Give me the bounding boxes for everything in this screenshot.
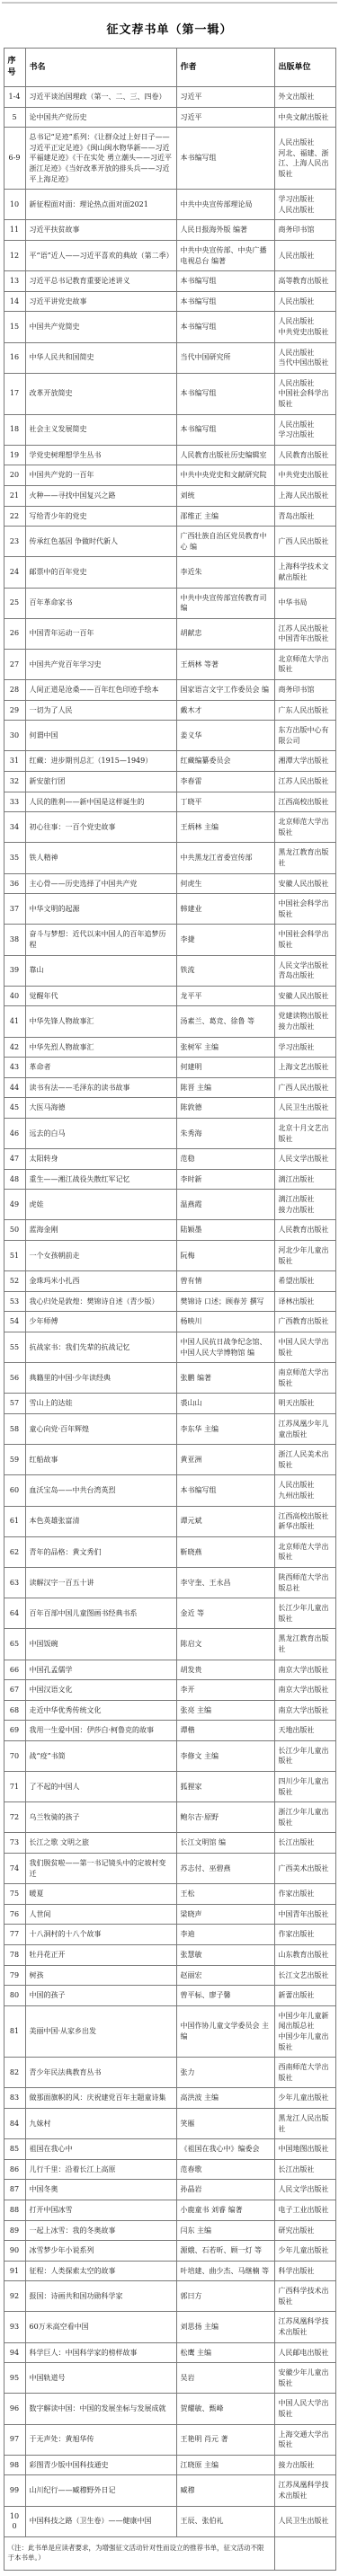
book-title-cell: 征程：人类探索太空的故事 bbox=[25, 2261, 176, 2281]
table-row: 9360万米高空看中国刘思扬 主编江苏凤凰科学技术出版社 bbox=[4, 2312, 335, 2342]
book-title-cell: 长江之歌 文明之旅 bbox=[25, 1833, 176, 1854]
author-cell: 江晓原 主编 bbox=[176, 2455, 274, 2475]
publisher-cell: 上海人民出版社 bbox=[274, 485, 335, 506]
author-cell: 李春雷 bbox=[176, 772, 274, 792]
author-cell: 王松 bbox=[176, 1884, 274, 1905]
table-row: 99山川纪行——臧穆野外日记臧穆江苏凤凰科学技术出版社 bbox=[4, 2475, 335, 2506]
author-cell: 范稳 bbox=[176, 1149, 274, 1170]
table-row: 28人间正道是沧桑——百年红色印迹手绘本国家语言文字工作委员会 编商务印书馆 bbox=[4, 680, 335, 701]
author-cell: 张慧敏 bbox=[176, 1945, 274, 1966]
table-row: 13习近平总书记教育重要论述讲义本书编写组高等教育出版社 bbox=[4, 271, 335, 292]
publisher-cell: 科学出版社 bbox=[274, 2261, 335, 2281]
book-title-cell: 人民的胜利——新中国是这样诞生的 bbox=[25, 792, 176, 812]
author-cell: 曾平标、廖子馨 bbox=[176, 1986, 274, 2006]
book-title-cell: 金珠玛米小扎西 bbox=[25, 1271, 176, 1292]
book-title-cell: 初心往事：一百个党史故事 bbox=[25, 812, 176, 843]
author-cell: 靳晓燕 bbox=[176, 1536, 274, 1567]
serial-cell: 84 bbox=[4, 2108, 25, 2138]
serial-cell: 80 bbox=[4, 1986, 25, 2006]
author-cell: 《祖国在我心中》编委会 bbox=[176, 2139, 274, 2160]
table-row: 42中华先烈人物故事汇张树军 主编学习出版社 bbox=[4, 1037, 335, 1058]
book-title-cell: 做那面旗帜的风：庆祝建党百年主题童诗集 bbox=[25, 2088, 176, 2109]
publisher-cell: 广西人民出版社 bbox=[274, 527, 335, 557]
author-cell: 阮梅 bbox=[176, 1241, 274, 1271]
publisher-cell: 江苏凤凰科学技术出版社 bbox=[274, 2475, 335, 2506]
table-row: 55抗战家书：我们先辈的抗战记忆中国人民抗日战争纪念馆、中国人民大学博物馆 编中… bbox=[4, 1332, 335, 1363]
serial-cell: 55 bbox=[4, 1332, 25, 1363]
book-title-cell: 蓝海金刚 bbox=[25, 1220, 176, 1241]
serial-cell: 5 bbox=[4, 107, 25, 128]
table-row: 25百年革命家书中共中央宣传部宣传教育司 编中华书局 bbox=[4, 588, 335, 618]
publisher-cell: 黑龙江教育出版社 bbox=[274, 843, 335, 873]
serial-cell: 65 bbox=[4, 1629, 25, 1660]
publisher-cell: 北京十月文艺出版社 bbox=[274, 1118, 335, 1148]
author-cell: 李修文 主编 bbox=[176, 1740, 274, 1771]
book-title-cell: 读书有法——毛泽东的读书故事 bbox=[25, 1077, 176, 1098]
serial-cell: 35 bbox=[4, 843, 25, 873]
serial-cell: 64 bbox=[4, 1598, 25, 1629]
serial-cell: 28 bbox=[4, 680, 25, 701]
book-title-cell: 一切为了人民 bbox=[25, 700, 176, 721]
book-title-cell: 何谓中国 bbox=[25, 721, 176, 751]
table-row: 77十八洞村的十八个故事李迪作家出版社 bbox=[4, 1925, 335, 1945]
serial-cell: 47 bbox=[4, 1149, 25, 1170]
author-cell: 李捷 bbox=[176, 925, 274, 955]
author-cell: 源娥、石若昕、顾一灯 等 bbox=[176, 2241, 274, 2262]
table-row: 43革命者何建明上海文艺出版社 bbox=[4, 1058, 335, 1078]
table-row: 54少年师傅杨映川广西教育出版社 bbox=[4, 1312, 335, 1332]
publisher-cell: 中国人民大学出版社 bbox=[274, 2394, 335, 2424]
table-row: 68走近中华优秀传统文化张亮 主编南京大学出版社 bbox=[4, 1700, 335, 1721]
book-title-cell: 中国冬奥 bbox=[25, 2180, 176, 2200]
serial-cell: 75 bbox=[4, 1884, 25, 1905]
author-cell: 邵维正 主编 bbox=[176, 506, 274, 527]
publisher-cell: 外文出版社 bbox=[274, 87, 335, 108]
publisher-cell: 安徽人民出版社 bbox=[274, 873, 335, 894]
author-cell: 郭曰方 bbox=[176, 2281, 274, 2312]
serial-cell: 18 bbox=[4, 414, 25, 445]
serial-cell: 36 bbox=[4, 873, 25, 894]
serial-cell: 72 bbox=[4, 1802, 25, 1833]
serial-cell: 48 bbox=[4, 1169, 25, 1190]
serial-cell: 32 bbox=[4, 772, 25, 792]
serial-cell: 60 bbox=[4, 1475, 25, 1506]
book-title-cell: 60万米高空看中国 bbox=[25, 2312, 176, 2342]
serial-cell: 15 bbox=[4, 312, 25, 342]
book-title-cell: 典籍里的中国·少年读经典 bbox=[25, 1363, 176, 1394]
author-cell: 王炳林 主编 bbox=[176, 812, 274, 843]
author-cell: 裘山山 bbox=[176, 1394, 274, 1414]
publisher-cell: 人民出版社 中国社会科学出版社 bbox=[274, 373, 335, 414]
serial-cell: 86 bbox=[4, 2159, 25, 2180]
author-cell: 孙晶岩 bbox=[176, 2180, 274, 2200]
serial-cell: 19 bbox=[4, 445, 25, 465]
serial-cell: 10 bbox=[4, 190, 25, 220]
publisher-cell: 学习出版社 人民出版社 bbox=[274, 190, 335, 220]
book-title-cell: 彩图青少版中国科技通史 bbox=[25, 2455, 176, 2475]
table-row: 56典籍里的中国·少年读经典张鹏 编著南京师范大学出版社 bbox=[4, 1363, 335, 1394]
publisher-cell: 希望出版社 bbox=[274, 1271, 335, 1292]
header-row: 序号 书名 作者 出版单位 bbox=[4, 49, 335, 87]
serial-cell: 27 bbox=[4, 649, 25, 679]
book-title-cell: 一起上冰雪：我的冬奥故事 bbox=[25, 2220, 176, 2241]
table-row: 61本色英雄张富清谭元斌江西高校出版社 新华出版社 bbox=[4, 1506, 335, 1536]
publisher-cell: 中国人民大学出版社 bbox=[274, 1332, 335, 1363]
table-row: 60血沃宝岛——中共台湾英烈本书编写组人民出版社 九州出版社 bbox=[4, 1475, 335, 1506]
serial-cell: 63 bbox=[4, 1567, 25, 1598]
serial-cell: 11 bbox=[4, 220, 25, 241]
table-row: 72乌兰牧骑的孩子鲍尔吉·原野浙江少年儿童出版社 bbox=[4, 1802, 335, 1833]
author-cell: 本书编写组 bbox=[176, 414, 274, 445]
book-title-cell: 血沃宝岛——中共台湾英烈 bbox=[25, 1475, 176, 1506]
book-title-cell: 中华人民共和国简史 bbox=[25, 342, 176, 373]
book-title-cell: 革命者 bbox=[25, 1058, 176, 1078]
publisher-cell: 学习出版社 bbox=[274, 1037, 335, 1058]
author-cell: 李近朱 bbox=[176, 557, 274, 588]
author-cell: 贺耀敏、甄峰 bbox=[176, 2394, 274, 2424]
table-row: 34初心往事：一百个党史故事王炳林 主编北京师范大学出版社 bbox=[4, 812, 335, 843]
book-title-cell: 邮票中的百年党史 bbox=[25, 557, 176, 588]
book-title-cell: 我们脱贫啦——第一书记镜头中的定坡村变迁 bbox=[25, 1854, 176, 1884]
book-title-cell: 新安旅行团 bbox=[25, 772, 176, 792]
book-title-cell: 新征程面对面：理论热点面对面2021 bbox=[25, 190, 176, 220]
book-title-cell: 社会主义发展简史 bbox=[25, 414, 176, 445]
serial-cell: 91 bbox=[4, 2261, 25, 2281]
table-row: 14习近平讲党史故事本书编写组人民出版社 bbox=[4, 291, 335, 312]
publisher-cell: 人民文学出版社 bbox=[274, 1149, 335, 1170]
publisher-cell: 人民教育出版社 bbox=[274, 445, 335, 465]
publisher-cell: 中国青年出版社 bbox=[274, 1904, 335, 1925]
author-cell: 习近平 bbox=[176, 87, 274, 108]
serial-cell: 66 bbox=[4, 1660, 25, 1680]
publisher-cell: 明天出版社 bbox=[274, 1394, 335, 1414]
author-cell: 姜义华 bbox=[176, 721, 274, 751]
publisher-cell: 中国少年儿童新闻出版总社 中国少年儿童出版社 bbox=[274, 2005, 335, 2057]
serial-cell: 23 bbox=[4, 527, 25, 557]
author-cell: 黄亚洲 bbox=[176, 1445, 274, 1475]
book-title-cell: 冰雪梦少年小说系列 bbox=[25, 2241, 176, 2262]
publisher-cell: 新蕾出版社 bbox=[274, 1986, 335, 2006]
author-cell: 中国作协儿童文学委员会 主编 bbox=[176, 2005, 274, 2057]
publisher-cell: 黑龙江人民出版社 bbox=[274, 2108, 335, 2138]
serial-cell: 50 bbox=[4, 1220, 25, 1241]
book-title-cell: 红船故事 bbox=[25, 1445, 176, 1475]
serial-cell: 37 bbox=[4, 894, 25, 925]
table-row: 94科学巨人：中国科学家的榜样故事松鹰 主编人民邮电出版社 bbox=[4, 2342, 335, 2363]
table-row: 75暖夏王松作家出版社 bbox=[4, 1884, 335, 1905]
publisher-cell: 广东人民出版社 bbox=[274, 700, 335, 721]
serial-cell: 87 bbox=[4, 2180, 25, 2200]
author-cell: 鲍尔吉·原野 bbox=[176, 1802, 274, 1833]
publisher-cell: 人民卫生出版社 bbox=[274, 2506, 335, 2536]
book-title-cell: 牡丹花正开 bbox=[25, 1945, 176, 1966]
serial-cell: 1-4 bbox=[4, 87, 25, 108]
book-title-cell: 十八洞村的十八个故事 bbox=[25, 1925, 176, 1945]
serial-cell: 83 bbox=[4, 2088, 25, 2109]
book-title-cell: 报国：诗画共和国功勋科学家 bbox=[25, 2281, 176, 2312]
serial-cell: 97 bbox=[4, 2424, 25, 2455]
serial-cell: 46 bbox=[4, 1118, 25, 1148]
author-cell: 谭元斌 bbox=[176, 1506, 274, 1536]
serial-cell: 14 bbox=[4, 291, 25, 312]
publisher-cell: 湘潭大学出版社 bbox=[274, 751, 335, 772]
publisher-cell: 漓江出版社 bbox=[274, 1169, 335, 1190]
publisher-cell: 四川少年儿童出版社 bbox=[274, 1772, 335, 1802]
author-cell: 中共中央宣传部理论局 bbox=[176, 190, 274, 220]
book-title-cell: 于无声处：黄旭华传 bbox=[25, 2424, 176, 2455]
serial-cell: 24 bbox=[4, 557, 25, 588]
publisher-cell: 江苏凤凰科学技术出版社 bbox=[274, 2312, 335, 2342]
serial-cell: 78 bbox=[4, 1945, 25, 1966]
table-row: 36主心骨——历史选择了中国共产党何虎生安徽人民出版社 bbox=[4, 873, 335, 894]
publisher-cell: 广西人民出版社 bbox=[274, 1077, 335, 1098]
book-title-cell: 学党史树理想学生丛书 bbox=[25, 445, 176, 465]
serial-cell: 43 bbox=[4, 1058, 25, 1078]
table-row: 35铁人精神中共黑龙江省委宣传部黑龙江教育出版社 bbox=[4, 843, 335, 873]
publisher-cell: 作家出版社 bbox=[274, 1925, 335, 1945]
book-title-cell: 中国孔孟儒学 bbox=[25, 1660, 176, 1680]
book-title-cell: 大医马海德 bbox=[25, 1098, 176, 1119]
table-row: 65中国饭碗陈启文黑龙江教育出版社 bbox=[4, 1629, 335, 1660]
author-cell: 李守奎、王永昌 bbox=[176, 1567, 274, 1598]
publisher-cell: 中共党史出版社 bbox=[274, 465, 335, 486]
author-cell: 谭楷 bbox=[176, 1721, 274, 1741]
table-row: 5论中国共产党历史习近平中央文献出版社 bbox=[4, 107, 335, 128]
book-title-cell: 打开中国冰雪 bbox=[25, 2200, 176, 2220]
author-cell: 国家语言文字工作委员会 编 bbox=[176, 680, 274, 701]
serial-cell: 61 bbox=[4, 1506, 25, 1536]
serial-cell: 49 bbox=[4, 1190, 25, 1220]
table-row: 38奋斗与梦想：近代以来中国人的百年追梦历程李捷中国社会科学出版社 bbox=[4, 925, 335, 955]
serial-cell: 25 bbox=[4, 588, 25, 618]
table-row: 78牡丹花正开张慧敏山东教育出版社 bbox=[4, 1945, 335, 1966]
serial-cell: 69 bbox=[4, 1721, 25, 1741]
serial-cell: 89 bbox=[4, 2220, 25, 2241]
author-cell: 张力 bbox=[176, 2058, 274, 2088]
publisher-cell: 少年儿童出版社 bbox=[274, 2088, 335, 2109]
publisher-cell: 长江少年儿童出版社 bbox=[274, 1598, 335, 1629]
author-cell: 吴岩 bbox=[176, 2363, 274, 2394]
table-row: 19学党史树理想学生丛书人民教育出版社历史编辑室人民教育出版社 bbox=[4, 445, 335, 465]
book-title-cell: 祖国在我心中 bbox=[25, 2139, 176, 2160]
author-cell: 樊锦诗 口述；顾春芳 撰写 bbox=[176, 1291, 274, 1312]
header-publisher: 出版单位 bbox=[274, 49, 335, 87]
serial-cell: 99 bbox=[4, 2475, 25, 2506]
publisher-cell: 江苏人民出版社 中国青年出版社 bbox=[274, 618, 335, 649]
publisher-cell: 人民出版社 bbox=[274, 291, 335, 312]
serial-cell: 79 bbox=[4, 1965, 25, 1986]
book-title-cell: 远去的白马 bbox=[25, 1118, 176, 1148]
book-title-cell: 习近平扶贫故事 bbox=[25, 220, 176, 241]
serial-cell: 82 bbox=[4, 2058, 25, 2088]
book-title-cell: 科学巨人：中国科学家的榜样故事 bbox=[25, 2342, 176, 2363]
publisher-cell: 商务印书馆 bbox=[274, 680, 335, 701]
serial-cell: 96 bbox=[4, 2394, 25, 2424]
book-title-cell: 主心骨——历史选择了中国共产党 bbox=[25, 873, 176, 894]
book-title-cell: 习近平讲党史故事 bbox=[25, 291, 176, 312]
book-title-cell: 火种——寻找中国复兴之路 bbox=[25, 485, 176, 506]
page-title: 征文荐书单（第一辑） bbox=[0, 7, 339, 48]
publisher-cell: 上海科学技术文献出版社 bbox=[274, 557, 335, 588]
serial-cell: 33 bbox=[4, 792, 25, 812]
serial-cell: 26 bbox=[4, 618, 25, 649]
author-cell: 赵丽宏 bbox=[176, 1965, 274, 1986]
author-cell: 何虎生 bbox=[176, 873, 274, 894]
serial-cell: 29 bbox=[4, 700, 25, 721]
author-cell: 松鹰 主编 bbox=[176, 2342, 274, 2363]
publisher-cell: 江西高校出版社 bbox=[274, 792, 335, 812]
author-cell: 闫东 主编 bbox=[176, 2220, 274, 2241]
book-title-cell: 暖夏 bbox=[25, 1884, 176, 1905]
table-row: 96数字解读中国：中国的发展坐标与发展成就贺耀敏、甄峰中国人民大学出版社 bbox=[4, 2394, 335, 2424]
author-cell: 中共中央宣传部、中央广播电视总台 编著 bbox=[176, 241, 274, 271]
book-title-cell: 一个女孩朝前走 bbox=[25, 1241, 176, 1271]
book-title-cell: 战“疫”书简 bbox=[25, 1740, 176, 1771]
book-title-cell: 人世间 bbox=[25, 1904, 176, 1925]
table-row: 64百年百部中国儿童图画书经典书系金近 等长江少年儿童出版社 bbox=[4, 1598, 335, 1629]
book-title-cell: 少年师傅 bbox=[25, 1312, 176, 1332]
table-row: 40觉醒年代龙平平安徽人民出版社 bbox=[4, 986, 335, 1006]
note-text: （注：此书单是应读者要求，为增强征文活动针对性而设立的推荐书单，征文活动不限于本… bbox=[4, 2536, 274, 2570]
table-row: 18社会主义发展简史本书编写组人民出版社 学习出版社 bbox=[4, 414, 335, 445]
publisher-cell: 长江出版社 bbox=[274, 2159, 335, 2180]
publisher-cell: 广西美术出版社 bbox=[274, 1854, 335, 1884]
publisher-cell: 人民文学出版社 bbox=[274, 2180, 335, 2200]
publisher-cell: 陕西师范大学出版总社 bbox=[274, 1567, 335, 1598]
table-row: 63读解汉字一百五十讲李守奎、王永昌陕西师范大学出版总社 bbox=[4, 1567, 335, 1598]
book-title-cell: 读解汉字一百五十讲 bbox=[25, 1567, 176, 1598]
table-row: 74我们脱贫啦——第一书记镜头中的定坡村变迁苏志付、巫碧燕广西美术出版社 bbox=[4, 1854, 335, 1884]
table-row: 46远去的白马朱秀海北京十月文艺出版社 bbox=[4, 1118, 335, 1148]
book-title-cell: 童心向党·百年辉煌 bbox=[25, 1414, 176, 1445]
table-row: 59红船故事黄亚洲浙江人民美术出版社 bbox=[4, 1445, 335, 1475]
serial-cell: 90 bbox=[4, 2241, 25, 2262]
publisher-cell: 漓江出版社 接力出版社 bbox=[274, 1190, 335, 1220]
author-cell: 本书编写组 bbox=[176, 312, 274, 342]
table-row: 81美丽中国·从家乡出发中国作协儿童文学委员会 主编中国少年儿童新闻出版总社 中… bbox=[4, 2005, 335, 2057]
publisher-cell: 人民教育出版社 bbox=[274, 1220, 335, 1241]
book-title-cell: 九妹村 bbox=[25, 2108, 176, 2138]
serial-cell: 67 bbox=[4, 1680, 25, 1701]
table-row: 24邮票中的百年党史李近朱上海科学技术文献出版社 bbox=[4, 557, 335, 588]
author-cell: 本书编写组 bbox=[176, 1475, 274, 1506]
author-cell: 中共中央宣传部宣传教育司 编 bbox=[176, 588, 274, 618]
header-serial: 序号 bbox=[4, 49, 25, 87]
table-row: 6-9总书记“足迹”系列：《让群众过上好日子——习近平正定足迹》《闽山闽水物华新… bbox=[4, 128, 335, 190]
document-page: 征文荐书单（第一辑） 序号 书名 作者 出版单位 1-4习近平谈治国理政（第一、… bbox=[0, 0, 339, 2576]
book-title-cell: 中国轨道号 bbox=[25, 2363, 176, 2394]
table-row: 44读书有法——毛泽东的读书故事陈晋 主编广西人民出版社 bbox=[4, 1077, 335, 1098]
table-row: 49虎娃温燕霞漓江出版社 接力出版社 bbox=[4, 1190, 335, 1220]
author-cell: 龙平平 bbox=[176, 986, 274, 1006]
table-row: 10新征程面对面：理论热点面对面2021中共中央宣传部理论局学习出版社 人民出版… bbox=[4, 190, 335, 220]
table-row: 41中华先锋人物故事汇汤素兰、葛竞、徐鲁 等党建读物出版社 接力出版社 bbox=[4, 1006, 335, 1037]
table-row: 53我心归处是敦煌：樊锦诗自述（青少版）樊锦诗 口述；顾春芳 撰写译林出版社 bbox=[4, 1291, 335, 1312]
table-row: 31红藏：进步期刊总汇（1915—1949）红藏编纂委员会湘潭大学出版社 bbox=[4, 751, 335, 772]
serial-cell: 13 bbox=[4, 271, 25, 292]
book-title-cell: 平“语”近人——习近平喜欢的典故（第二季） bbox=[25, 241, 176, 271]
author-cell: 杨映川 bbox=[176, 1312, 274, 1332]
serial-cell: 53 bbox=[4, 1291, 25, 1312]
publisher-cell: 商务印书馆 bbox=[274, 220, 335, 241]
publisher-cell: 山东教育出版社 bbox=[274, 1945, 335, 1966]
author-cell: 李东华 主编 bbox=[176, 1414, 274, 1445]
publisher-cell: 中国地图出版社 bbox=[274, 2139, 335, 2160]
table-row: 95中国轨道号吴岩安徽少年儿童出版社 bbox=[4, 2363, 335, 2394]
author-cell: 本书编写组 bbox=[176, 128, 274, 190]
serial-cell: 45 bbox=[4, 1098, 25, 1119]
table-row: 32新安旅行团李春雷江苏人民出版社 bbox=[4, 772, 335, 792]
publisher-cell: 党建读物出版社 接力出版社 bbox=[274, 1006, 335, 1037]
table-row: 82青少年民法典教育丛书张力西南师范大学出版社 bbox=[4, 2058, 335, 2088]
author-cell: 李时新 bbox=[176, 1169, 274, 1190]
publisher-cell: 少年儿童出版社 bbox=[274, 2241, 335, 2262]
book-title-cell: 传承红色基因 争做时代新人 bbox=[25, 527, 176, 557]
serial-cell: 6-9 bbox=[4, 128, 25, 190]
serial-cell: 39 bbox=[4, 955, 25, 986]
publisher-cell: 上海文艺出版社 bbox=[274, 1058, 335, 1078]
serial-cell: 98 bbox=[4, 2455, 25, 2475]
author-cell: 中共黑龙江省委宣传部 bbox=[176, 843, 274, 873]
author-cell: 小鹿童书 刘睿 编著 bbox=[176, 2200, 274, 2220]
book-title-cell: 中国汉语文化 bbox=[25, 1680, 176, 1701]
author-cell: 胡献忠 bbox=[176, 618, 274, 649]
header-book-title: 书名 bbox=[25, 49, 176, 87]
book-title-cell: 雪山上的达娃 bbox=[25, 1394, 176, 1414]
book-title-cell: 美丽中国·从家乡出发 bbox=[25, 2005, 176, 2057]
book-title-cell: 中国科技之路（卫生卷）——健康中国 bbox=[25, 2506, 176, 2536]
table-row: 26中国青年运动一百年胡献忠江苏人民出版社 中国青年出版社 bbox=[4, 618, 335, 649]
table-row: 69我用一生爱中国：伊莎白·柯鲁克的故事谭楷天地出版社 bbox=[4, 1721, 335, 1741]
header-author: 作者 bbox=[176, 49, 274, 87]
serial-cell: 22 bbox=[4, 506, 25, 527]
serial-cell: 12 bbox=[4, 241, 25, 271]
publisher-cell: 人民出版社 当代中国出版社 bbox=[274, 342, 335, 373]
publisher-cell: 北京师范大学出版社 bbox=[274, 1536, 335, 1567]
serial-cell: 21 bbox=[4, 485, 25, 506]
author-cell: 人民日报海外版 编著 bbox=[176, 220, 274, 241]
table-header: 序号 书名 作者 出版单位 bbox=[4, 49, 335, 87]
author-cell: 中国人民抗日战争纪念馆、中国人民大学博物馆 编 bbox=[176, 1332, 274, 1363]
book-title-cell: 人间正道是沧桑——百年红色印迹手绘本 bbox=[25, 680, 176, 701]
author-cell: 王艳明 肖元 著 bbox=[176, 2424, 274, 2455]
book-title-cell: 中国共产党简史 bbox=[25, 312, 176, 342]
serial-cell: 77 bbox=[4, 1925, 25, 1945]
book-title-cell: 写给青少年的党史 bbox=[25, 506, 176, 527]
table-row: 79树孩赵丽宏长江文艺出版社 bbox=[4, 1965, 335, 1986]
publisher-cell: 江西高校出版社 新华出版社 bbox=[274, 1506, 335, 1536]
publisher-cell: 上海交通大学出版社 bbox=[274, 2424, 335, 2455]
serial-cell: 62 bbox=[4, 1536, 25, 1567]
table-row: 27中国共产党百年学习史王炳林 等著北京师范大学出版社 bbox=[4, 649, 335, 679]
table-row: 11习近平扶贫故事人民日报海外版 编著商务印书馆 bbox=[4, 220, 335, 241]
author-cell: 陈晋 主编 bbox=[176, 1077, 274, 1098]
publisher-cell: 作家出版社 bbox=[274, 1884, 335, 1905]
serial-cell: 17 bbox=[4, 373, 25, 414]
author-cell: 广西壮族自治区党员教育中心 编 bbox=[176, 527, 274, 557]
table-row: 98彩图青少版中国科技通史江晓原 主编接力出版社 bbox=[4, 2455, 335, 2475]
serial-cell: 56 bbox=[4, 1363, 25, 1394]
serial-cell: 95 bbox=[4, 2363, 25, 2394]
table-row: 62青年的品格：黄文秀们靳晓燕北京师范大学出版社 bbox=[4, 1536, 335, 1567]
table-row: 12平“语”近人——习近平喜欢的典故（第二季）中共中央宣传部、中央广播电视总台 … bbox=[4, 241, 335, 271]
table-row: 30何谓中国姜义华东方出版中心有限公司 bbox=[4, 721, 335, 751]
publisher-cell: 人民文学出版社 青岛出版社 bbox=[274, 955, 335, 986]
table-row: 83做那面旗帜的风：庆祝建党百年主题童诗集高洪波 主编少年儿童出版社 bbox=[4, 2088, 335, 2109]
author-cell: 习近平 bbox=[176, 107, 274, 128]
table-row: 57雪山上的达娃裘山山明天出版社 bbox=[4, 1394, 335, 1414]
serial-cell: 73 bbox=[4, 1833, 25, 1854]
